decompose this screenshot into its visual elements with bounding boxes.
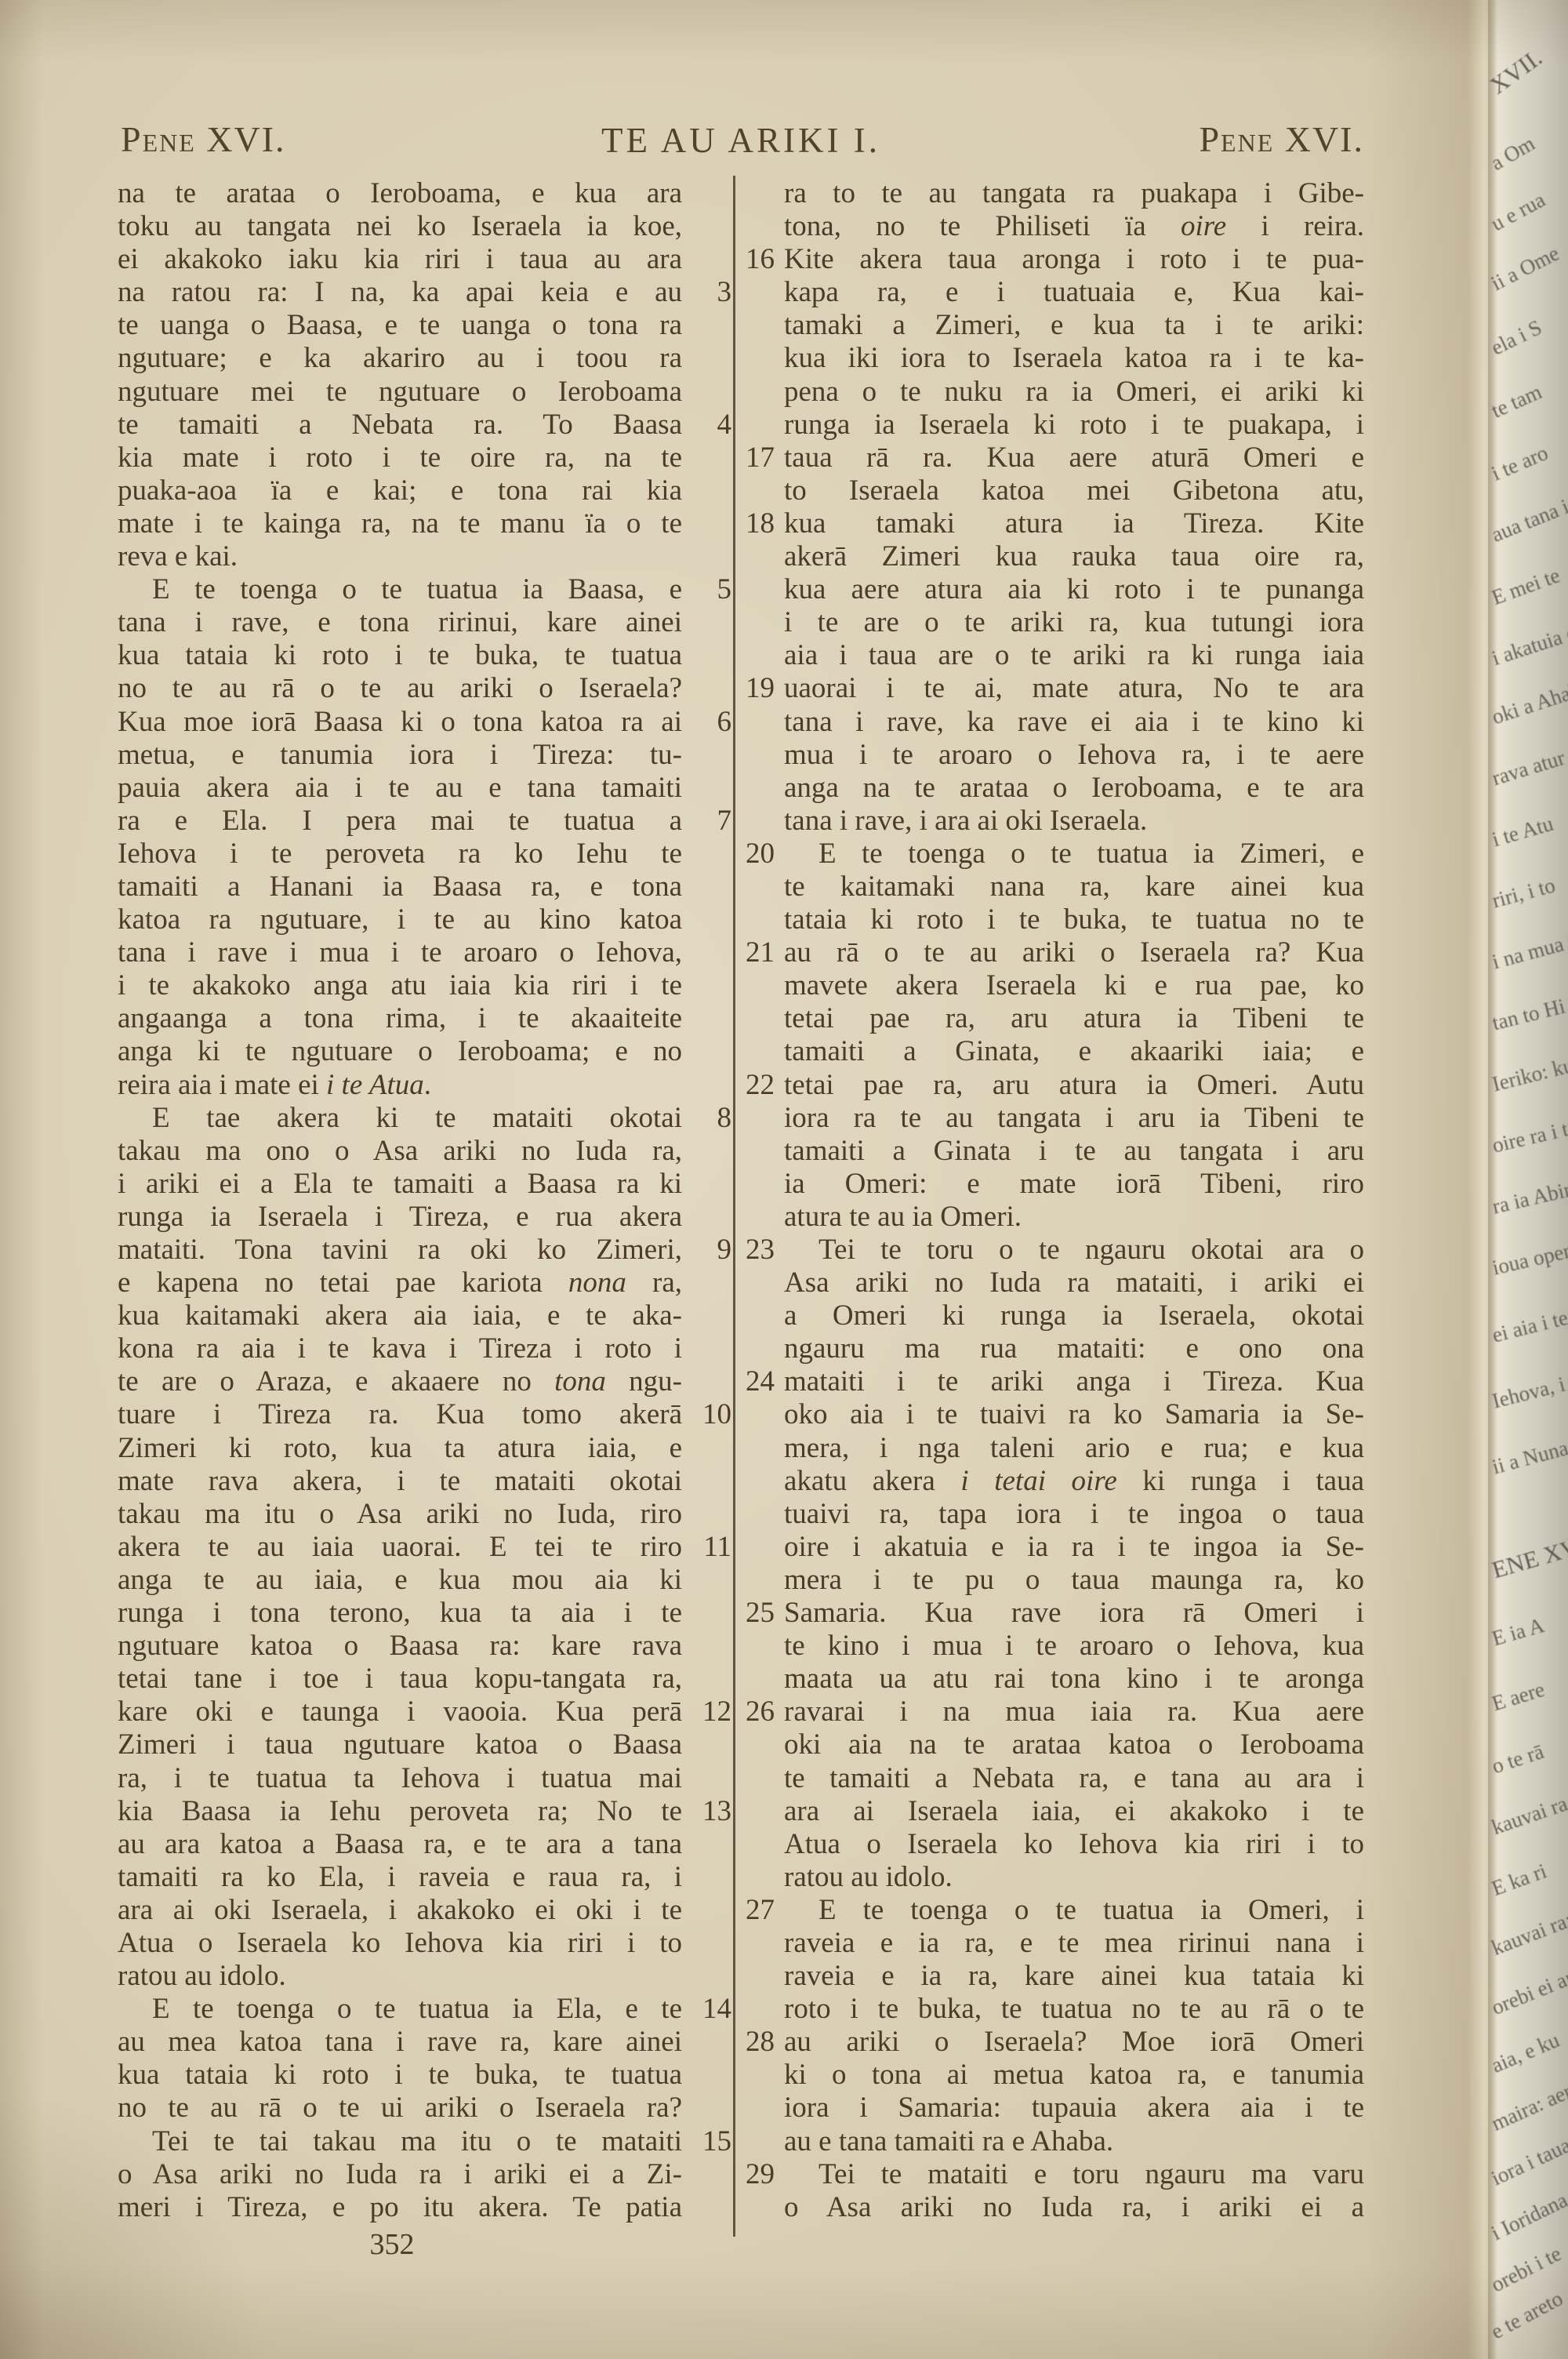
text-line: mate i te kainga ra, na te manu ïa o te [118, 507, 733, 540]
text-line: takau ma itu o Asa ariki no Iuda, riro [118, 1498, 733, 1531]
text-line: e kapena no tetai pae kariota nona ra, [118, 1267, 733, 1299]
verse-text: ara ai Iseraela iaia, ei akakoko i te [784, 1795, 1364, 1828]
text-line: mua i te aroaro o Iehova ra, i te aere [741, 739, 1364, 772]
verse-text: tamaiti a Hanani ia Baasa ra, e tona [118, 871, 682, 903]
text-line: tamaiti a Ginata, e akaariki iaia; e [741, 1035, 1364, 1068]
text-line: ngauru ma rua mataiti: e ono ona [741, 1332, 1364, 1365]
text-line: au ara katoa a Baasa ra, e te ara a tana [118, 1828, 733, 1861]
verse-text: tana i rave, i ara ai oki Iseraela. [784, 805, 1364, 838]
verse-number: 21 [746, 936, 783, 969]
verse-text: te tamaiti a Nebata ra. To Baasa [118, 409, 682, 442]
verse-text: au ara katoa a Baasa ra, e te ara a tana [118, 1828, 682, 1861]
text-column-left: na te arataa o Ieroboama, e kua aratoku … [118, 177, 733, 2224]
verse-text: puaka-aoa ïa e kai; e tona rai kia [118, 474, 682, 507]
facing-page-text-fragment: i akatuia e [1489, 620, 1568, 671]
text-line: metua, e tanumia iora i Tireza: tu- [118, 739, 733, 772]
text-line: 11akera te au iaia uaorai. E tei te riro [118, 1531, 733, 1564]
running-head-title: TE AU ARIKI I. [601, 118, 880, 163]
verse-text: i te are o te ariki ra, kua tutungi iora [784, 606, 1364, 639]
verse-number: 10 [684, 1398, 731, 1431]
running-head-chapter-right: Pene XVI. [1199, 116, 1364, 163]
text-line: kua aere atura aia ki roto i te punanga [741, 573, 1364, 606]
verse-text: kua aere atura aia ki roto i te punanga [784, 573, 1364, 606]
text-line: 15Tei te tai takau ma itu o te mataiti [118, 2125, 733, 2158]
verse-text: reva e kai. [118, 540, 682, 573]
text-line: ei akakoko iaku kia riri i taua au ara [118, 243, 733, 276]
text-line: runga ia Iseraela i Tireza, e rua akera [118, 1201, 733, 1234]
text-line: akerā Zimeri kua rauka taua oire ra, [741, 540, 1364, 573]
text-line: tamaiti a Ginata i te au tangata i aru [741, 1135, 1364, 1168]
verse-text: tetai pae ra, aru atura ia Omeri. Autu [784, 1069, 1364, 1102]
verse-text: mataiti. Tona tavini ra oki ko Zimeri, [118, 1234, 682, 1267]
verse-text: meri i Tireza, e po itu akera. Te patia [118, 2191, 682, 2224]
text-line: Zimeri ki roto, kua ta atura iaia, e [118, 1432, 733, 1465]
verse-text: ngutuare katoa o Baasa ra: kare rava [118, 1630, 682, 1663]
text-line: i te akakoko anga atu iaia kia riri i te [118, 969, 733, 1002]
verse-text: na ratou ra: I na, ka apai keia e au [118, 276, 682, 309]
text-line: kua iki iora to Iseraela katoa ra i te k… [741, 342, 1364, 375]
text-line: 21au rā o te au ariki o Iseraela ra? Kua [741, 936, 1364, 969]
verse-text: E tae akera ki te mataiti okotai [118, 1102, 682, 1135]
text-line: na te arataa o Ieroboama, e kua ara [118, 177, 733, 210]
text-line: pauia akera aia i te au e tana tamaiti [118, 772, 733, 805]
text-line: kapa ra, e i tuatuaia e, Kua kai- [741, 276, 1364, 309]
text-line: reva e kai. [118, 540, 733, 573]
verse-number: 7 [684, 805, 731, 838]
facing-page-text-fragment: maira: aere [1488, 2075, 1568, 2135]
text-line: katoa ra ngutuare, i te au kino katoa [118, 903, 733, 936]
facing-page-text-fragment: aia, e ku [1488, 2028, 1563, 2078]
verse-text: kapa ra, e i tuatuaia e, Kua kai- [784, 276, 1364, 309]
verse-text: atura te au ia Omeri. [784, 1201, 1364, 1234]
text-line: kua kaitamaki akera aia iaia, e te aka- [118, 1299, 733, 1332]
text-line: iora ra te au tangata i aru ia Tibeni te [741, 1102, 1364, 1135]
verse-text: oire i akatuia e ia ra i te ingoa ia Se- [784, 1531, 1364, 1564]
text-line: 4te tamaiti a Nebata ra. To Baasa [118, 409, 733, 442]
text-line: tona, no te Philiseti ïa oire i reira. [741, 210, 1364, 243]
verse-text: oki aia na te arataa katoa o Ieroboama [784, 1728, 1364, 1761]
verse-text: mavete akera Iseraela ki e rua pae, ko [784, 969, 1364, 1002]
verse-text: Asa ariki no Iuda ra mataiti, i ariki ei [784, 1267, 1364, 1299]
facing-page-text-fragment: riri, i to [1490, 873, 1558, 913]
text-line: oki aia na te arataa katoa o Ieroboama [741, 1728, 1364, 1761]
verse-text: Samaria. Kua rave iora rā Omeri i [784, 1597, 1364, 1630]
verse-number: 13 [684, 1795, 731, 1828]
facing-page-text-fragment: a Om [1488, 131, 1539, 175]
verse-number: 9 [684, 1234, 731, 1267]
facing-page-text-fragment: i na mua i [1490, 929, 1568, 975]
facing-page-text-fragment: o te rā [1489, 1739, 1547, 1779]
text-line: te uanga o Baasa, e te uanga o tona ra [118, 309, 733, 342]
text-line: raveia e ia ra, e te mea ririnui nana i [741, 1927, 1364, 1960]
facing-page-text-fragment: ela i S [1488, 315, 1545, 360]
page-number: 352 [118, 2227, 666, 2262]
text-line: 3na ratou ra: I na, ka apai keia e au [118, 276, 733, 309]
text-line: tana i rave, e tona ririnui, kare ainei [118, 606, 733, 639]
text-line: mera i te pu o taua maunga ra, ko [741, 1564, 1364, 1597]
text-line: roto i te buka, te tuatua no te au rā o … [741, 1993, 1364, 2026]
text-line: meri i Tireza, e po itu akera. Te patia [118, 2191, 733, 2224]
text-line: Iehova i te peroveta ra ko Iehu te [118, 838, 733, 871]
verse-number: 14 [684, 1993, 731, 2026]
verse-text: ngutuare mei te ngutuare o Ieroboama [118, 376, 682, 409]
facing-page-text-fragment: ioua openg [1490, 1236, 1568, 1281]
verse-text: o Asa ariki no Iuda ra, i ariki ei a [784, 2191, 1364, 2224]
verse-text: mua i te aroaro o Iehova ra, i te aere [784, 739, 1364, 772]
verse-text: kua tataia ki roto i te buka, te tuatua [118, 2059, 682, 2092]
text-line: 23Tei te toru o te ngauru okotai ara o [741, 1234, 1364, 1267]
text-line: mavete akera Iseraela ki e rua pae, ko [741, 969, 1364, 1002]
verse-text: i ariki ei a Ela te tamaiti a Baasa ra k… [118, 1168, 682, 1201]
text-line: raveia e ia ra, kare ainei kua tataia ki [741, 1960, 1364, 1993]
verse-text: angaanga a tona rima, i te akaaiteite [118, 1002, 682, 1035]
text-line: ki o tona ai metua katoa ra, e tanumia [741, 2059, 1364, 2092]
verse-text: tamaki a Zimeri, e kua ta i te ariki: [784, 309, 1364, 342]
text-line: au mea katoa tana i rave ra, kare ainei [118, 2026, 733, 2059]
facing-page-text-fragment: oire ra i te [1490, 1115, 1568, 1158]
text-line: takau ma ono o Asa ariki no Iuda ra, [118, 1135, 733, 1168]
text-line: 17taua rā ra. Kua aere aturā Omeri e [741, 442, 1364, 474]
verse-text: kare oki e taunga i vaooia. Kua perā [118, 1696, 682, 1728]
verse-text: no te au rā o te au ariki o Iseraela? [118, 672, 682, 705]
verse-text: a Omeri ki runga ia Iseraela, okotai [784, 1299, 1364, 1332]
verse-text: Zimeri ki roto, kua ta atura iaia, e [118, 1432, 682, 1465]
text-line: 7ra e Ela. I pera mai te tuatua a [118, 805, 733, 838]
facing-page-text-fragment: Iehova, i t [1490, 1369, 1568, 1413]
text-line: tamaiti ra ko Ela, i raveia e raua ra, i [118, 1861, 733, 1894]
verse-text: maata ua atu rai tona kino i te aronga [784, 1663, 1364, 1696]
facing-page-text-fragment: aua tana i [1488, 494, 1568, 547]
text-line: 28au ariki o Iseraela? Moe iorā Omeri [741, 2026, 1364, 2059]
verse-text: ara ai oki Iseraela, i akakoko ei oki i … [118, 1894, 682, 1927]
verse-text: te uanga o Baasa, e te uanga o tona ra [118, 309, 682, 342]
verse-text: akatu akera i tetai oire ki runga i taua [784, 1465, 1364, 1498]
text-line: ra to te au tangata ra puakapa i Gibe- [741, 177, 1364, 210]
text-line: tamaki a Zimeri, e kua ta i te ariki: [741, 309, 1364, 342]
verse-text: kua tamaki atura ia Tireza. Kite [784, 507, 1364, 540]
facing-page-text-fragment: E mei te [1489, 563, 1563, 610]
facing-page-text-fragment: Ieriko: kua [1490, 1051, 1568, 1097]
verse-number: 18 [746, 507, 783, 540]
text-line: au e tana tamaiti ra e Ahaba. [741, 2125, 1364, 2158]
verse-text: ratou au idolo. [784, 1861, 1364, 1894]
facing-page-text-fragment: ra ia Abir [1490, 1177, 1568, 1219]
text-line: o Asa ariki no Iuda ra, i ariki ei a [741, 2191, 1364, 2224]
text-line: 26ravarai i na mua iaia ra. Kua aere [741, 1696, 1364, 1728]
verse-text: na te arataa o Ieroboama, e kua ara [118, 177, 682, 210]
verse-text: te kino i mua i te aroaro o Iehova, kua [784, 1630, 1364, 1663]
text-line: runga ia Iseraela ki roto i te puakapa, … [741, 409, 1364, 442]
facing-page-text-fragment: orebi ei anga [1488, 1957, 1568, 2020]
text-line: 8E tae akera ki te mataiti okotai [118, 1102, 733, 1135]
verse-text: anga na te arataa o Ieroboama, e te ara [784, 772, 1364, 805]
verse-text: Kite akera taua aronga i roto i te pua- [784, 243, 1364, 276]
verse-text: roto i te buka, te tuatua no te au rā o … [784, 1993, 1364, 2026]
verse-text: mate rava akera, i te mataiti okotai [118, 1465, 682, 1498]
verse-text: tuaivi ra, tapa iora i te ingoa o taua [784, 1498, 1364, 1531]
text-line: ara ai Iseraela iaia, ei akakoko i te [741, 1795, 1364, 1828]
column-divider-rule [733, 176, 735, 2237]
text-line: a Omeri ki runga ia Iseraela, okotai [741, 1299, 1364, 1332]
text-line: anga na te arataa o Ieroboama, e te ara [741, 772, 1364, 805]
text-line: kona ra aia i te kava i Tireza i roto i [118, 1332, 733, 1365]
text-line: te are o Araza, e akaaere no tona ngu- [118, 1365, 733, 1398]
text-line: 9mataiti. Tona tavini ra oki ko Zimeri, [118, 1234, 733, 1267]
text-line: Atua o Iseraela ko Iehova kia riri i to [741, 1828, 1364, 1861]
verse-text: au ariki o Iseraela? Moe iorā Omeri [784, 2026, 1364, 2059]
verse-text: e kapena no tetai pae kariota nona ra, [118, 1267, 682, 1299]
text-line: tuaivi ra, tapa iora i te ingoa o taua [741, 1498, 1364, 1531]
text-line: ara ai oki Iseraela, i akakoko ei oki i … [118, 1894, 733, 1927]
verse-text: taua rā ra. Kua aere aturā Omeri e [784, 442, 1364, 474]
verse-text: ki o tona ai metua katoa ra, e tanumia [784, 2059, 1364, 2092]
verse-text: kia Baasa ia Iehu peroveta ra; No te [118, 1795, 682, 1828]
text-line: no te au rā o te ui ariki o Iseraela ra? [118, 2092, 733, 2125]
text-line: pena o te nuku ra ia Omeri, ei ariki ki [741, 376, 1364, 409]
verse-text: i te akakoko anga atu iaia kia riri i te [118, 969, 682, 1002]
text-column-right: ra to te au tangata ra puakapa i Gibe-to… [741, 177, 1364, 2224]
verse-number: 20 [746, 838, 783, 871]
verse-text: Atua o Iseraela ko Iehova kia riri i to [118, 1927, 682, 1960]
verse-text: Tei te toru o te ngauru okotai ara o [784, 1234, 1364, 1267]
verse-text: akera te au iaia uaorai. E tei te riro [118, 1531, 682, 1564]
text-line: 22tetai pae ra, aru atura ia Omeri. Autu [741, 1069, 1364, 1102]
text-line: 29Tei te mataiti e toru ngauru ma varu [741, 2158, 1364, 2191]
facing-page-text-fragment: i te Atu [1490, 812, 1556, 852]
text-line: 6Kua moe iorā Baasa ki o tona katoa ra a… [118, 706, 733, 739]
text-line: o Asa ariki no Iuda ra i ariki ei a Zi- [118, 2158, 733, 2191]
verse-text: tetai pae ra, aru atura ia Tibeni te [784, 1002, 1364, 1035]
running-head: Pene XVI. TE AU ARIKI I. Pene XVI. [118, 116, 1364, 165]
text-line: aia i taua are o te ariki ra ki runga ia… [741, 639, 1364, 672]
text-line: reira aia i mate ei i te Atua. [118, 1069, 733, 1102]
text-line: i te are o te ariki ra, kua tutungi iora [741, 606, 1364, 639]
verse-text: Atua o Iseraela ko Iehova kia riri i to [784, 1828, 1364, 1861]
verse-text: Iehova i te peroveta ra ko Iehu te [118, 838, 682, 871]
verse-text: au rā o te au ariki o Iseraela ra? Kua [784, 936, 1364, 969]
text-line: te tamaiti a Nebata ra, e tana au ara i [741, 1762, 1364, 1795]
verse-number: 22 [746, 1069, 783, 1102]
verse-text: mate i te kainga ra, na te manu ïa o te [118, 507, 682, 540]
verse-text: iora ra te au tangata i aru ia Tibeni te [784, 1102, 1364, 1135]
text-line: tataia ki roto i te buka, te tuatua no t… [741, 903, 1364, 936]
verse-text: ia Omeri: e mate iorā Tibeni, riro [784, 1168, 1364, 1201]
text-line: atura te au ia Omeri. [741, 1201, 1364, 1234]
text-line: 20E te toenga o te tuatua ia Zimeri, e [741, 838, 1364, 871]
text-line: mera, i nga taleni ario e rua; e kua [741, 1432, 1364, 1465]
text-line: 18kua tamaki atura ia Tireza. Kite [741, 507, 1364, 540]
text-line: tana i rave, i ara ai oki Iseraela. [741, 805, 1364, 838]
verse-text: kia mate i roto i te oire ra, na te [118, 442, 682, 474]
text-line: ia Omeri: e mate iorā Tibeni, riro [741, 1168, 1364, 1201]
verse-number: 5 [684, 573, 731, 606]
text-line: tamaiti a Hanani ia Baasa ra, e tona [118, 871, 733, 903]
verse-text: Kua moe iorā Baasa ki o tona katoa ra ai [118, 706, 682, 739]
verse-text: mera, i nga taleni ario e rua; e kua [784, 1432, 1364, 1465]
verse-text: reira aia i mate ei i te Atua. [118, 1069, 682, 1102]
text-line: tana i rave, ka rave ei aia i te kino ki [741, 706, 1364, 739]
verse-text: metua, e tanumia iora i Tireza: tu- [118, 739, 682, 772]
verse-text: runga ia Iseraela i Tireza, e rua akera [118, 1201, 682, 1234]
text-line: kua tataia ki roto i te buka, te tuatua [118, 639, 733, 672]
verse-text: ra to te au tangata ra puakapa i Gibe- [784, 177, 1364, 210]
verse-number: 3 [684, 276, 731, 309]
text-line: tetai pae ra, aru atura ia Tibeni te [741, 1002, 1364, 1035]
verse-text: E te toenga o te tuatua ia Zimeri, e [784, 838, 1364, 871]
verse-text: au mea katoa tana i rave ra, kare ainei [118, 2026, 682, 2059]
text-line: te kaitamaki nana ra, kare ainei kua [741, 871, 1364, 903]
text-line: anga ki te ngutuare o Ieroboama; e no [118, 1035, 733, 1068]
facing-page-text-fragment: i te aro [1488, 441, 1552, 486]
text-line: maata ua atu rai tona kino i te aronga [741, 1663, 1364, 1696]
verse-text: ngutuare; e ka akariro au i toou ra [118, 342, 682, 375]
text-line: to Iseraela katoa mei Gibetona atu, [741, 474, 1364, 507]
text-line: 13kia Baasa ia Iehu peroveta ra; No te [118, 1795, 733, 1828]
verse-text: E te toenga o te tuatua ia Ela, e te [118, 1993, 682, 2026]
verse-text: tana i rave i mua i te aroaro o Iehova, [118, 936, 682, 969]
verse-number: 23 [746, 1234, 783, 1267]
verse-text: te kaitamaki nana ra, kare ainei kua [784, 871, 1364, 903]
facing-page-curled-edge: XVII.a Omu e ruaii a Omeela i Ste tami t… [1488, 0, 1568, 2359]
verse-text: tetai tane i toe i taua kopu-tangata ra, [118, 1663, 682, 1696]
text-line: ngutuare; e ka akariro au i toou ra [118, 342, 733, 375]
text-line: ngutuare mei te ngutuare o Ieroboama [118, 376, 733, 409]
text-line: ratou au idolo. [741, 1861, 1364, 1894]
verse-text: raveia e ia ra, e te mea ririnui nana i [784, 1927, 1364, 1960]
verse-text: Tei te tai takau ma itu o te mataiti [118, 2125, 682, 2158]
facing-page-text-fragment: iora i taua [1488, 2133, 1568, 2191]
verse-text: tamaiti a Ginata, e akaariki iaia; e [784, 1035, 1364, 1068]
verse-text: anga te au iaia, e kua mou aia ki [118, 1564, 682, 1597]
verse-text: ra, i te tuatua ta Iehova i tuatua mai [118, 1762, 682, 1795]
verse-text: te tamaiti a Nebata ra, e tana au ara i [784, 1762, 1364, 1795]
facing-page-text-fragment: oki a Ahaba [1489, 675, 1568, 729]
text-line: te kino i mua i te aroaro o Iehova, kua [741, 1630, 1364, 1663]
verse-number: 15 [684, 2125, 731, 2158]
verse-text: raveia e ia ra, kare ainei kua tataia ki [784, 1960, 1364, 1993]
verse-number: 16 [746, 243, 783, 276]
verse-text: oko aia i te tuaivi ra ko Samaria ia Se- [784, 1398, 1364, 1431]
facing-page-text-fragment: E ia A [1490, 1613, 1547, 1651]
verse-text: tuare i Tireza ra. Kua tomo akerā [118, 1398, 682, 1431]
text-line: anga te au iaia, e kua mou aia ki [118, 1564, 733, 1597]
verse-text: E te toenga o te tuatua ia Omeri, i [784, 1894, 1364, 1927]
verse-text: mataiti i te ariki anga i Tireza. Kua [784, 1365, 1364, 1398]
verse-number: 26 [746, 1696, 783, 1728]
verse-number: 27 [746, 1894, 783, 1927]
verse-text: uaorai i te ai, mate atura, No te ara [784, 672, 1364, 705]
verse-number: 29 [746, 2158, 783, 2191]
facing-page-text-fragment: ii a Nuna r [1490, 1433, 1568, 1480]
verse-text: tataia ki roto i te buka, te tuatua no t… [784, 903, 1364, 936]
verse-text: pauia akera aia i te au e tana tamaiti [118, 772, 682, 805]
verse-text: ei akakoko iaku kia riri i taua au ara [118, 243, 682, 276]
text-line: toku au tangata nei ko Iseraela ia koe, [118, 210, 733, 243]
facing-page-text-fragment: ii a Ome [1488, 241, 1563, 296]
verse-text: mera i te pu o taua maunga ra, ko [784, 1564, 1364, 1597]
verse-number: 6 [684, 706, 731, 739]
text-line: i ariki ei a Ela te tamaiti a Baasa ra k… [118, 1168, 733, 1201]
text-line: akatu akera i tetai oire ki runga i taua [741, 1465, 1364, 1498]
text-line: 14E te toenga o te tuatua ia Ela, e te [118, 1993, 733, 2026]
verse-text: takau ma ono o Asa ariki no Iuda ra, [118, 1135, 682, 1168]
verse-text: runga i tona terono, kua ta aia i te [118, 1597, 682, 1630]
verse-text: iora i Samaria: tupauia akera aia i te [784, 2092, 1364, 2125]
text-line: oire i akatuia e ia ra i te ingoa ia Se- [741, 1531, 1364, 1564]
verse-text: o Asa ariki no Iuda ra i ariki ei a Zi- [118, 2158, 682, 2191]
facing-page-text-fragment: tan to Hi [1490, 994, 1567, 1036]
book-page: Pene XVI. TE AU ARIKI I. Pene XVI. na te… [0, 0, 1568, 2359]
verse-number: 24 [746, 1365, 783, 1398]
text-line: Zimeri i taua ngutuare katoa o Baasa [118, 1728, 733, 1761]
text-line: ra, i te tuatua ta Iehova i tuatua mai [118, 1762, 733, 1795]
verse-text: toku au tangata nei ko Iseraela ia koe, [118, 210, 682, 243]
facing-page-text-fragment: kauvai ra; e [1488, 1903, 1568, 1961]
verse-number: 19 [746, 672, 783, 705]
verse-text: ngauru ma rua mataiti: e ono ona [784, 1332, 1364, 1365]
text-line: ngutuare katoa o Baasa ra: kare rava [118, 1630, 733, 1663]
text-line: kia mate i roto i te oire ra, na te [118, 442, 733, 474]
verse-text: ra e Ela. I pera mai te tuatua a [118, 805, 682, 838]
text-line: 10tuare i Tireza ra. Kua tomo akerā [118, 1398, 733, 1431]
text-line: kua tataia ki roto i te buka, te tuatua [118, 2059, 733, 2092]
text-line: Atua o Iseraela ko Iehova kia riri i to [118, 1927, 733, 1960]
verse-text: au e tana tamaiti ra e Ahaba. [784, 2125, 1364, 2158]
verse-text: anga ki te ngutuare o Ieroboama; e no [118, 1035, 682, 1068]
text-line: 12kare oki e taunga i vaooia. Kua perā [118, 1696, 733, 1728]
facing-page-text-fragment: i Ioridana [1488, 2188, 1568, 2246]
verse-text: kua tataia ki roto i te buka, te tuatua [118, 639, 682, 672]
verse-number: 8 [684, 1102, 731, 1135]
verse-text: tamaiti ra ko Ela, i raveia e raua ra, i [118, 1861, 682, 1894]
verse-text: kua iki iora to Iseraela katoa ra i te k… [784, 342, 1364, 375]
verse-text: runga ia Iseraela ki roto i te puakapa, … [784, 409, 1364, 442]
facing-page-text-fragment: ei aia i te a [1490, 1302, 1568, 1347]
verse-number: 11 [684, 1531, 731, 1564]
verse-text: Zimeri i taua ngutuare katoa o Baasa [118, 1728, 682, 1761]
text-line: tana i rave i mua i te aroaro o Iehova, [118, 936, 733, 969]
text-line: 19uaorai i te ai, mate atura, No te ara [741, 672, 1364, 705]
verse-text: tamaiti a Ginata i te au tangata i aru [784, 1135, 1364, 1168]
verse-text: kua kaitamaki akera aia iaia, e te aka- [118, 1299, 682, 1332]
verse-text: akerā Zimeri kua rauka taua oire ra, [784, 540, 1364, 573]
facing-page-text-fragment: u e rua [1488, 187, 1549, 236]
text-line: ratou au idolo. [118, 1960, 733, 1993]
verse-text: E te toenga o te tuatua ia Baasa, e [118, 573, 682, 606]
verse-text: aia i taua are o te ariki ra ki runga ia… [784, 639, 1364, 672]
text-line: 24mataiti i te ariki anga i Tireza. Kua [741, 1365, 1364, 1398]
verse-text: ravarai i na mua iaia ra. Kua aere [784, 1696, 1364, 1728]
verse-number: 28 [746, 2026, 783, 2059]
verse-text: pena o te nuku ra ia Omeri, ei ariki ki [784, 376, 1364, 409]
text-line: mate rava akera, i te mataiti okotai [118, 1465, 733, 1498]
text-line: puaka-aoa ïa e kai; e tona rai kia [118, 474, 733, 507]
verse-text: ratou au idolo. [118, 1960, 682, 1993]
verse-text: takau ma itu o Asa ariki no Iuda, riro [118, 1498, 682, 1531]
text-line: iora i Samaria: tupauia akera aia i te [741, 2092, 1364, 2125]
verse-number: 4 [684, 409, 731, 442]
text-line: angaanga a tona rima, i te akaaiteite [118, 1002, 733, 1035]
verse-number: 25 [746, 1597, 783, 1630]
verse-text: to Iseraela katoa mei Gibetona atu, [784, 474, 1364, 507]
verse-text: te are o Araza, e akaaere no tona ngu- [118, 1365, 682, 1398]
facing-page-text-fragment: ENE XVII. [1489, 1527, 1568, 1585]
verse-text: tona, no te Philiseti ïa oire i reira. [784, 210, 1364, 243]
facing-page-text-fragment: te tam [1488, 380, 1545, 423]
facing-page-text-fragment: E aere [1489, 1677, 1547, 1717]
verse-text: tana i rave, e tona ririnui, kare ainei [118, 606, 682, 639]
text-line: 25Samaria. Kua rave iora rā Omeri i [741, 1597, 1364, 1630]
